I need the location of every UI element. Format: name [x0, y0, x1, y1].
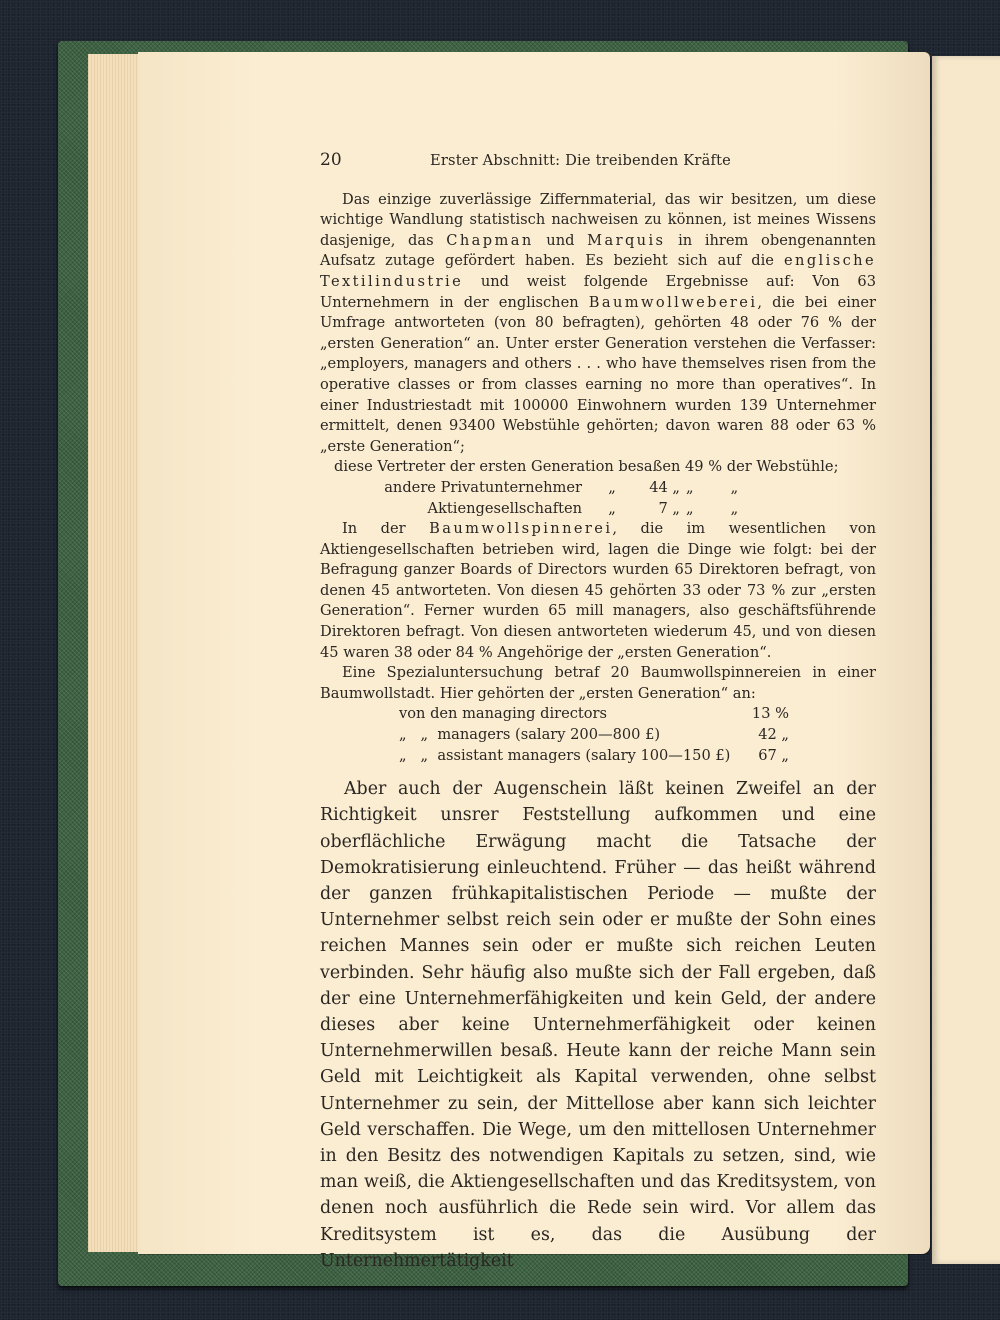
text-segment: , die bei einer Umfrage antworteten (von… — [320, 294, 876, 455]
text-segment: In der — [342, 520, 429, 537]
row-value: 42 „ — [739, 725, 789, 746]
main-paragraph-block: Aber auch der Augenschein läßt keinen Zw… — [320, 776, 876, 1274]
row-value: 49 % — [685, 457, 722, 478]
row-label: Aktiengesellschaften — [320, 499, 582, 520]
row-verb: „ — [582, 499, 642, 520]
facing-page-edge — [932, 56, 1000, 1264]
managers-table: von den managing directors 13 % „ „ mana… — [320, 704, 876, 766]
managers-row: von den managing directors 13 % — [399, 704, 876, 725]
spaced-name-marquis: Marquis — [587, 232, 665, 249]
row-verb: „ — [582, 478, 642, 499]
looms-row: diese Vertreter der ersten Generation be… — [320, 457, 876, 478]
row-verb: besaßen — [618, 457, 680, 478]
text-segment: und — [534, 232, 588, 249]
spaced-name-chapman: Chapman — [446, 232, 533, 249]
spaced-term-baumwollweberei: Baumwollweberei — [589, 294, 758, 311]
spaced-term-baumwollspinnerei: Baumwollspinnerei — [429, 520, 612, 537]
row-value: 13 % — [739, 704, 789, 725]
row-value: 7 „ — [642, 499, 680, 520]
managers-row: „ „ managers (salary 200—800 £) 42 „ — [399, 725, 876, 746]
running-header: 20 Erster Abschnitt: Die treibenden Kräf… — [320, 150, 876, 172]
page-text: 20 Erster Abschnitt: Die treibenden Kräf… — [320, 150, 876, 1274]
row-value: 44 „ — [642, 478, 680, 499]
looms-table: diese Vertreter der ersten Generation be… — [320, 457, 876, 519]
running-head: Erster Abschnitt: Die treibenden Kräfte — [430, 151, 731, 172]
text-segment: , die im wesentlichen von Aktiengesellsc… — [320, 520, 876, 661]
paragraph-4: Aber auch der Augenschein läßt keinen Zw… — [320, 776, 876, 1274]
managers-row: „ „ assistant managers (salary 100—150 £… — [399, 746, 876, 767]
row-value: 67 „ — [739, 746, 789, 767]
row-label: diese Vertreter der ersten Generation — [334, 457, 614, 478]
looms-row: Aktiengesellschaften „ 7 „ „ „ — [320, 499, 876, 520]
row-tail: „ „ — [680, 499, 738, 520]
page-stack-edges — [88, 54, 142, 1252]
row-tail: der Webstühle; — [727, 457, 839, 478]
row-label: „ „ assistant managers (salary 100—150 £… — [399, 746, 739, 767]
paragraph-2: In der Baumwollspinnerei, die im wesentl… — [320, 519, 876, 663]
row-tail: „ „ — [680, 478, 738, 499]
row-label: von den managing directors — [399, 704, 739, 725]
row-label: „ „ managers (salary 200—800 £) — [399, 725, 739, 746]
page-number: 20 — [320, 150, 430, 171]
row-label: andere Privatunternehmer — [320, 478, 582, 499]
paragraph-1: Das einzige zuverlässige Ziffernmaterial… — [320, 190, 876, 458]
paragraph-3: Eine Spezialuntersuchung betraf 20 Baumw… — [320, 663, 876, 704]
looms-row: andere Privatunternehmer „ 44 „ „ „ — [320, 478, 876, 499]
